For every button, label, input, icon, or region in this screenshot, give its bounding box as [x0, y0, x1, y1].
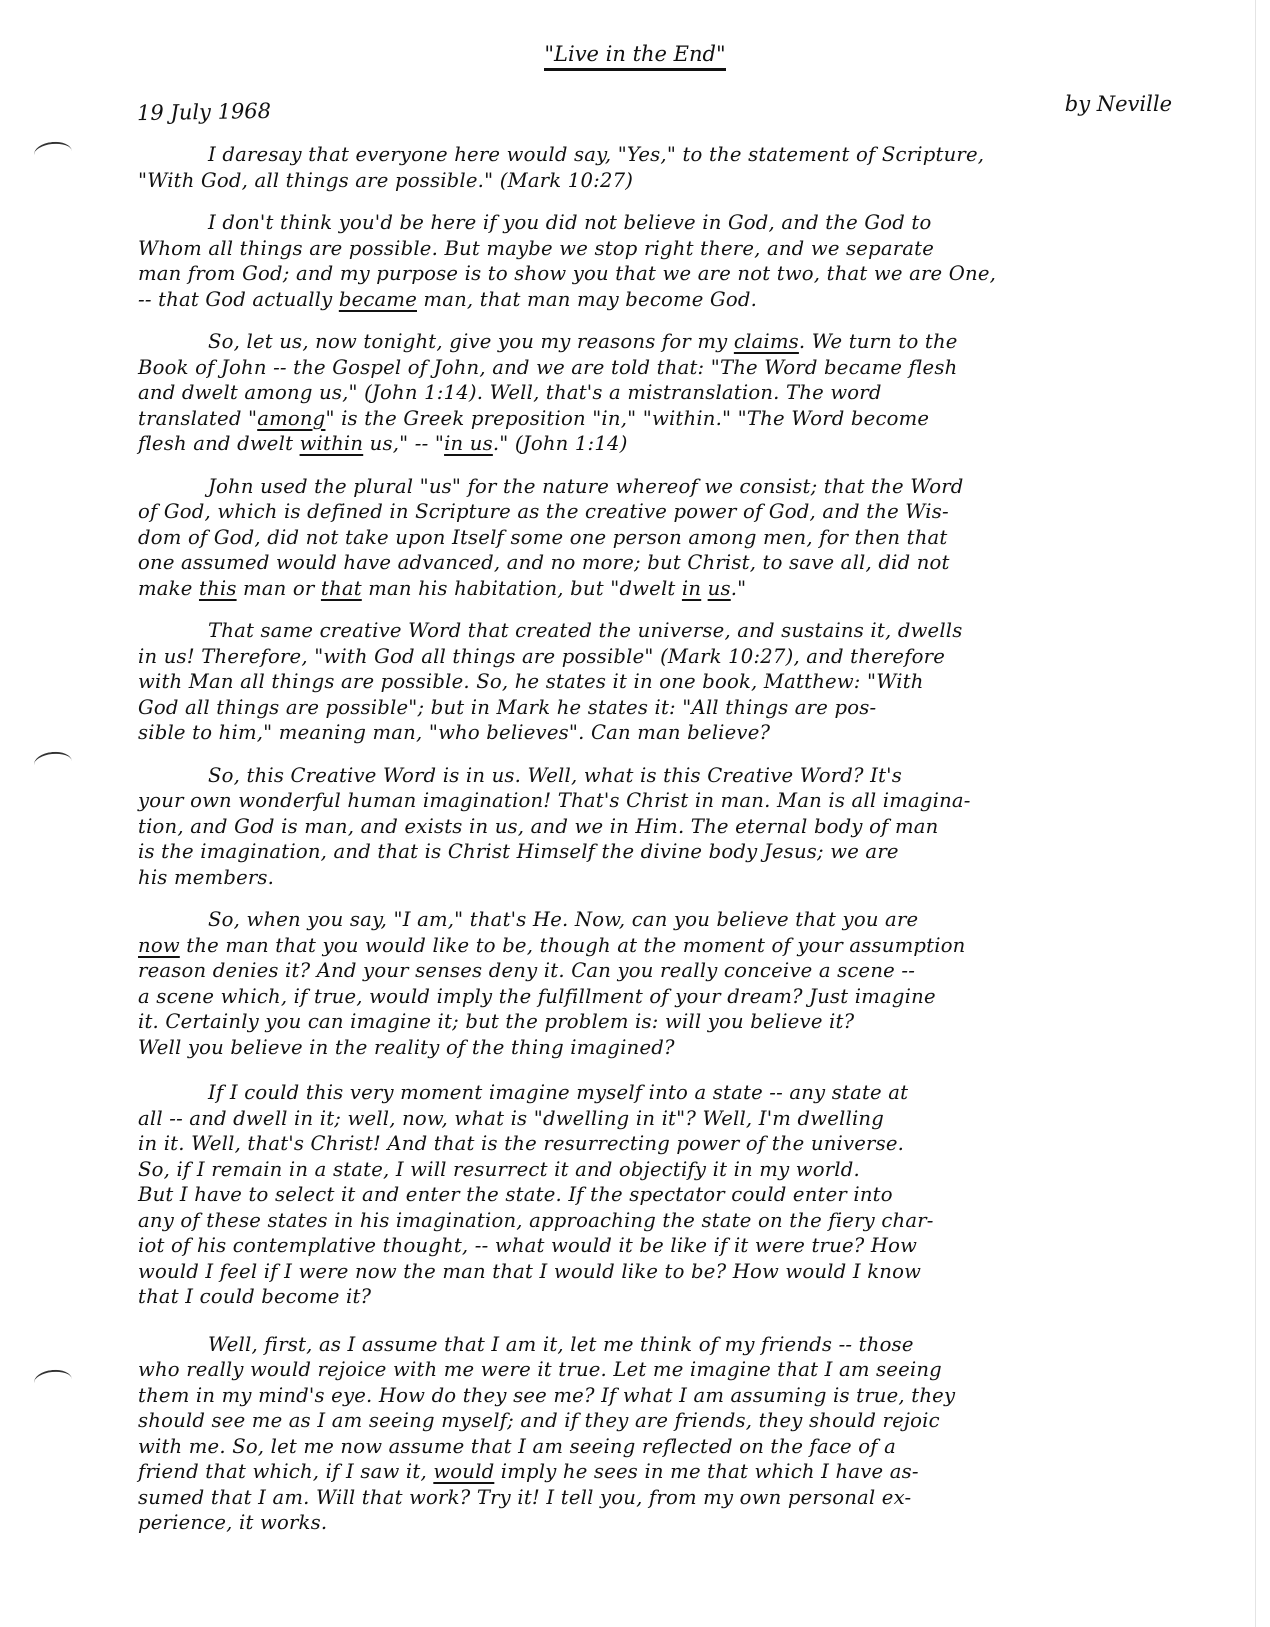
text-line: sible to him," meaning man, "who believe… — [138, 720, 1228, 746]
text-line: dom of God, did not take upon Itself som… — [138, 525, 1228, 551]
text-line: sumed that I am. Will that work? Try it!… — [138, 1485, 1228, 1511]
text-line: God all things are possible"; but in Mar… — [138, 695, 1228, 721]
text-line: John used the plural "us" for the nature… — [138, 474, 1228, 500]
text-line: Well you believe in the reality of the t… — [138, 1035, 1228, 1061]
document-author: by Neville — [1065, 92, 1172, 116]
underlined-word: now — [138, 934, 180, 957]
paragraph: If I could this very moment imagine myse… — [138, 1080, 1228, 1310]
text-line: it. Certainly you can imagine it; but th… — [138, 1009, 1228, 1035]
text-line: all -- and dwell in it; well, now, what … — [138, 1106, 1228, 1132]
text-line: If I could this very moment imagine myse… — [138, 1080, 1228, 1106]
text-line: I don't think you'd be here if you did n… — [138, 210, 1228, 236]
text-line: tion, and God is man, and exists in us, … — [138, 814, 1228, 840]
text-line: should see me as I am seeing myself; and… — [138, 1408, 1228, 1434]
text-line: that I could become it? — [138, 1284, 1228, 1310]
binder-hole-mark-middle — [33, 750, 73, 776]
text-line: make this man or that man his habitation… — [138, 576, 1228, 602]
text-line: a scene which, if true, would imply the … — [138, 984, 1228, 1010]
text-line: "With God, all things are possible." (Ma… — [138, 168, 1228, 194]
text-line: in us! Therefore, "with God all things a… — [138, 644, 1228, 670]
underlined-word: this — [199, 577, 237, 600]
paragraph: Well, first, as I assume that I am it, l… — [138, 1332, 1228, 1536]
document-date: 19 July 1968 — [137, 99, 271, 125]
text-line: perience, it works. — [138, 1510, 1228, 1536]
text-line: man from God; and my purpose is to show … — [138, 261, 1228, 287]
text-line: iot of his contemplative thought, -- wha… — [138, 1233, 1228, 1259]
text-line: would I feel if I were now the man that … — [138, 1259, 1228, 1285]
text-line: I daresay that everyone here would say, … — [138, 142, 1228, 168]
text-line: with me. So, let me now assume that I am… — [138, 1434, 1228, 1460]
text-line: So, this Creative Word is in us. Well, w… — [138, 763, 1228, 789]
underlined-word: that — [321, 577, 362, 600]
text-line: reason denies it? And your senses deny i… — [138, 958, 1228, 984]
text-line: -- that God actually became man, that ma… — [138, 287, 1228, 313]
text-line: Book of John -- the Gospel of John, and … — [138, 355, 1228, 381]
text-line: So, let us, now tonight, give you my rea… — [138, 329, 1228, 355]
text-line: Well, first, as I assume that I am it, l… — [138, 1332, 1228, 1358]
paragraph: So, when you say, "I am," that's He. Now… — [138, 907, 1228, 1060]
document-title: "Live in the End" — [0, 42, 1270, 71]
text-line: So, when you say, "I am," that's He. Now… — [138, 907, 1228, 933]
binder-hole-mark-bottom — [33, 1368, 73, 1394]
text-line: But I have to select it and enter the st… — [138, 1182, 1228, 1208]
text-line: translated "among" is the Greek preposit… — [138, 406, 1228, 432]
text-line: and dwelt among us," (John 1:14). Well, … — [138, 380, 1228, 406]
text-line: Whom all things are possible. But maybe … — [138, 236, 1228, 262]
document-body: I daresay that everyone here would say, … — [138, 142, 1228, 1553]
underlined-word: within — [300, 432, 364, 455]
text-line: of God, which is defined in Scripture as… — [138, 499, 1228, 525]
text-line: in it. Well, that's Christ! And that is … — [138, 1131, 1228, 1157]
text-line: friend that which, if I saw it, would im… — [138, 1459, 1228, 1485]
text-line: now the man that you would like to be, t… — [138, 933, 1228, 959]
underlined-word: became — [339, 288, 417, 311]
paragraph: I daresay that everyone here would say, … — [138, 142, 1228, 193]
document-page: "Live in the End" 19 July 1968 by Nevill… — [0, 0, 1270, 1627]
text-line: flesh and dwelt within us," -- "in us." … — [138, 431, 1228, 457]
text-line: any of these states in his imagination, … — [138, 1208, 1228, 1234]
text-line: is the imagination, and that is Christ H… — [138, 839, 1228, 865]
text-line: That same creative Word that created the… — [138, 618, 1228, 644]
underlined-word: in — [682, 577, 701, 600]
paragraph: John used the plural "us" for the nature… — [138, 474, 1228, 602]
underlined-word: us — [708, 577, 731, 600]
text-line: with Man all things are possible. So, he… — [138, 669, 1228, 695]
text-line: your own wonderful human imagination! Th… — [138, 788, 1228, 814]
page-edge — [1255, 0, 1256, 1627]
underlined-word: in us — [444, 432, 493, 455]
binder-hole-mark-top — [33, 140, 73, 166]
text-line: So, if I remain in a state, I will resur… — [138, 1157, 1228, 1183]
paragraph: So, this Creative Word is in us. Well, w… — [138, 763, 1228, 891]
paragraph: So, let us, now tonight, give you my rea… — [138, 329, 1228, 457]
text-line: one assumed would have advanced, and no … — [138, 550, 1228, 576]
paragraph: I don't think you'd be here if you did n… — [138, 210, 1228, 312]
underlined-word: claims — [734, 330, 799, 353]
underlined-word: among — [257, 407, 325, 430]
underlined-word: would — [433, 1460, 494, 1483]
text-line: his members. — [138, 865, 1228, 891]
text-line: them in my mind's eye. How do they see m… — [138, 1383, 1228, 1409]
paragraph: That same creative Word that created the… — [138, 618, 1228, 746]
text-line: who really would rejoice with me were it… — [138, 1357, 1228, 1383]
